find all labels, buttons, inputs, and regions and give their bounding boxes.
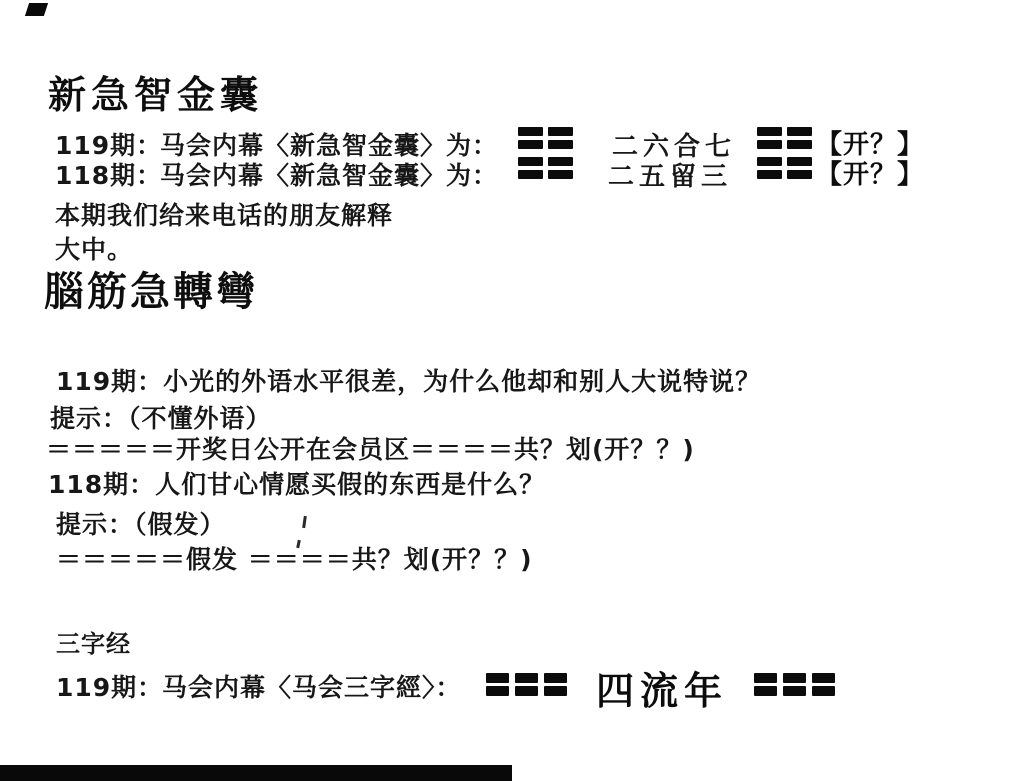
yin-bars-icon bbox=[754, 673, 835, 696]
yin-bars-icon bbox=[757, 127, 812, 149]
yin-bars-icon bbox=[518, 127, 573, 149]
section1-title: 新急智金囊 bbox=[48, 64, 263, 119]
answer-line-118: ＝＝＝＝＝假发 ＝＝＝＝共？划(开？？) bbox=[56, 540, 533, 576]
section1-note-line1: 本期我们给来电话的朋友解释 bbox=[55, 196, 393, 232]
row-3-label: 马会内幕〈马会三字經〉： bbox=[162, 668, 462, 704]
yin-bars-icon bbox=[518, 157, 573, 179]
row-118-middle: 二五留三 bbox=[608, 156, 732, 193]
question-118: 118期：人们甘心情愿买假的东西是什么？ bbox=[48, 465, 545, 501]
yin-bars-icon bbox=[486, 673, 567, 696]
row-3-period: 119期： bbox=[56, 668, 163, 704]
hint-118: 提示：（假发） bbox=[56, 505, 226, 541]
scan-artifact-top-left bbox=[25, 3, 48, 16]
question-119: 119期：小光的外语水平很差，为什么他却和别人大说特说？ bbox=[56, 362, 761, 398]
row-3-middle: 四流年 bbox=[596, 660, 728, 715]
section3-title: 三字经 bbox=[56, 624, 131, 659]
scanned-page: 新急智金囊 119期： 马会内幕〈新急智金囊〉为： 二六合七 【开？】 118期… bbox=[0, 0, 1024, 781]
scan-artifact-bottom-bar bbox=[0, 765, 512, 781]
row-118-result: 【开？】 bbox=[816, 154, 924, 191]
ink-speck bbox=[302, 516, 307, 528]
row-118-period: 118期： bbox=[55, 156, 162, 192]
yin-bars-icon bbox=[757, 157, 812, 179]
answer-line-119: ＝＝＝＝＝开奖日公开在会员区＝＝＝＝共？划(开？？) bbox=[46, 430, 695, 466]
row-118-label: 马会内幕〈新急智金囊〉为： bbox=[160, 156, 498, 192]
section2-title: 腦筋急轉彎 bbox=[44, 260, 259, 317]
